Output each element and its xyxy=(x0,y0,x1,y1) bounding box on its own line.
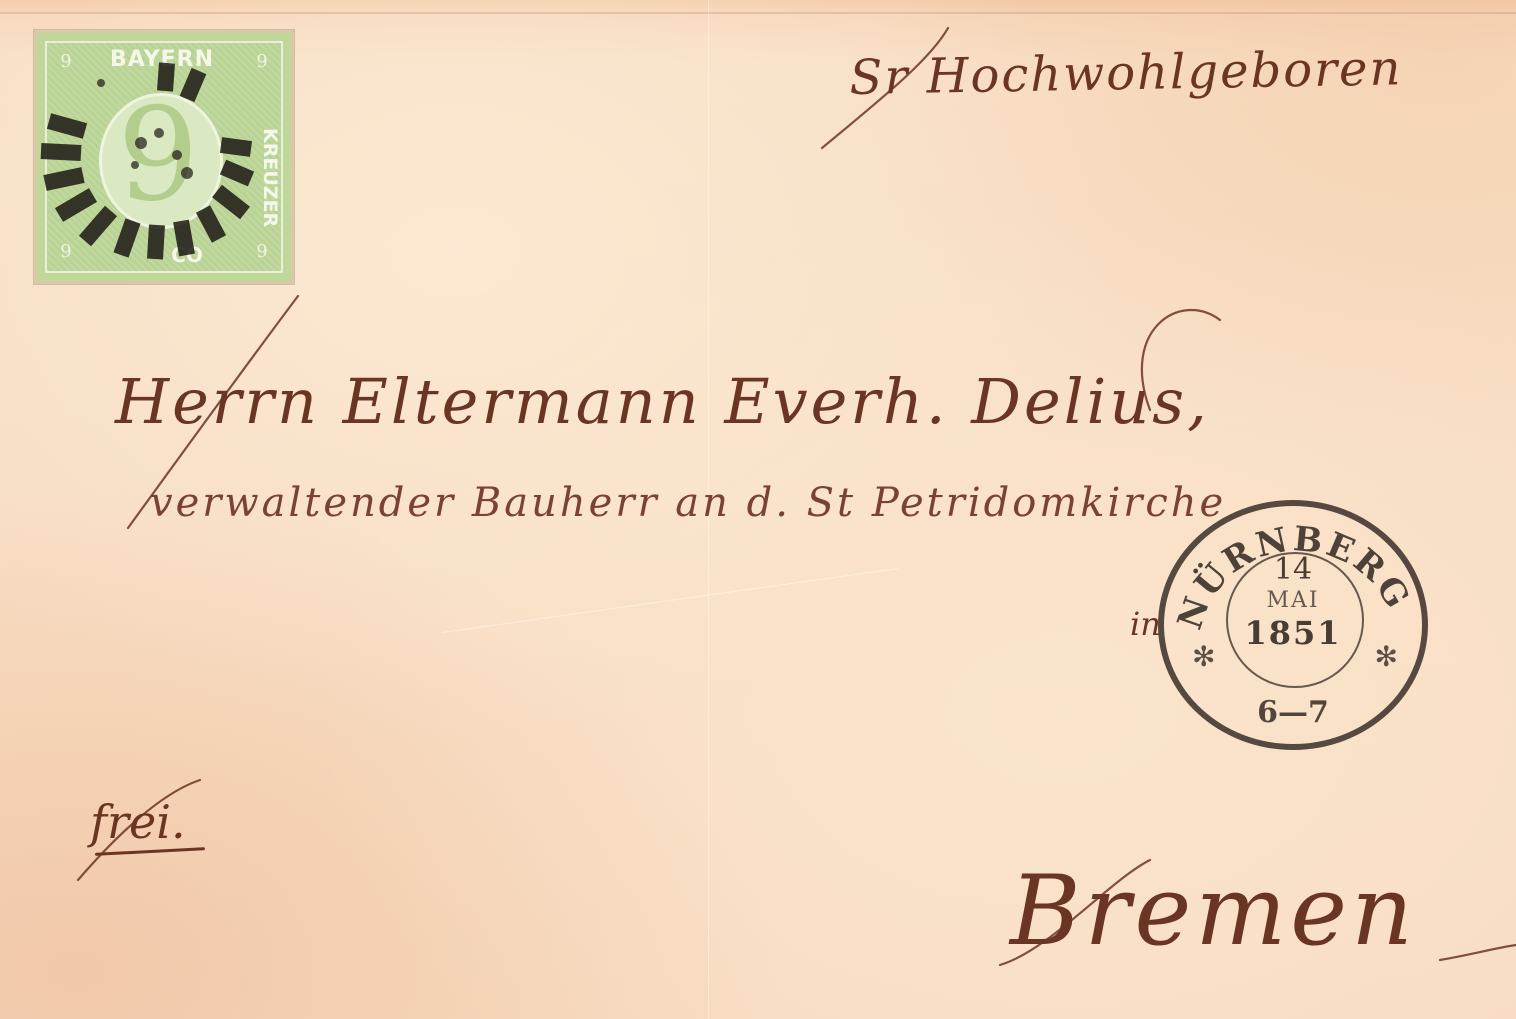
postmark-star-icon: ✻ xyxy=(1192,640,1215,673)
stamp-corner-numeral: 9 xyxy=(51,237,81,267)
stamp-bottom-text: CO xyxy=(137,243,237,267)
preposition-in: in xyxy=(1130,605,1161,643)
stamp-denomination: 9 xyxy=(99,81,217,231)
postmark-month: MAI xyxy=(1158,588,1428,613)
postmark-star-icon: ✻ xyxy=(1375,640,1398,673)
recipient-title-line: verwaltender Bauherr an d. St Petridomki… xyxy=(150,480,1226,526)
stamp-corner-numeral: 9 xyxy=(51,47,81,77)
franking-note: frei. xyxy=(90,795,186,849)
stamp-currency: KREUZER xyxy=(249,103,281,253)
destination-city: Bremen xyxy=(1010,855,1417,967)
stamp-corner-numeral: 9 xyxy=(247,47,277,77)
postmark-nurnberg: NÜRNBERG 14 MAI 1851 6—7 ✻ ✻ xyxy=(1158,500,1428,750)
recipient-line: Herrn Eltermann Everh. Delius, xyxy=(115,365,1210,438)
top-fold-line xyxy=(0,12,1516,14)
stamp-country: BAYERN xyxy=(87,47,237,72)
postmark-day: 14 xyxy=(1158,552,1428,587)
postmark-time: 6—7 xyxy=(1158,695,1428,730)
postage-stamp: 9 9 9 9 BAYERN KREUZER CO 9 xyxy=(34,30,294,284)
honorific-line: Sr Hochwohlgeboren xyxy=(849,40,1403,106)
